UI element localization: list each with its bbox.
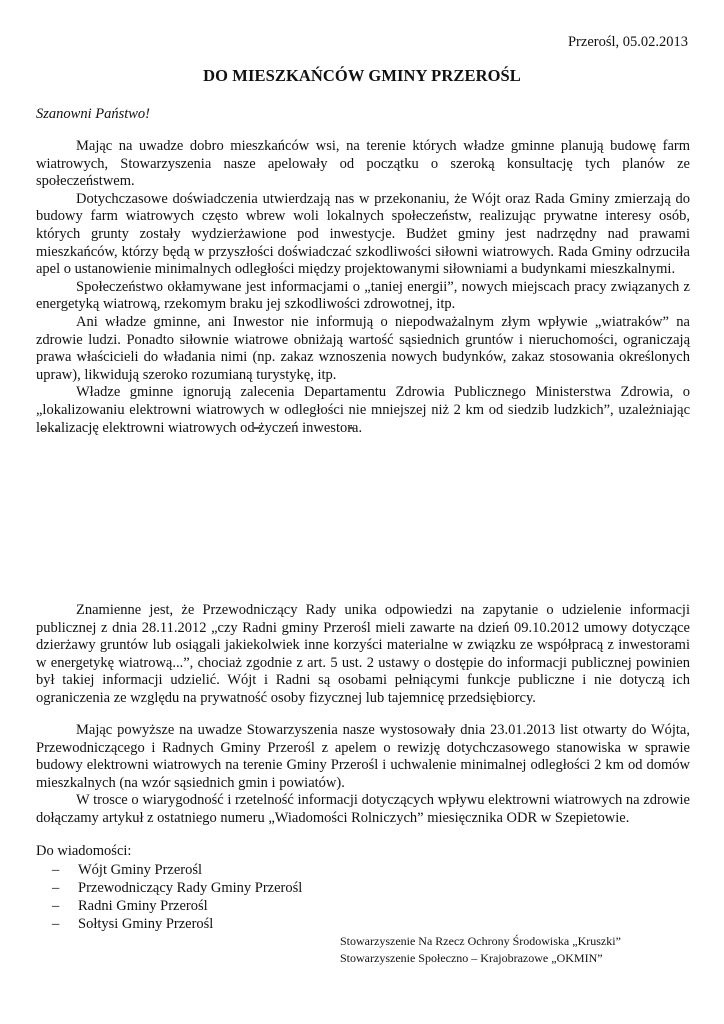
residue-mark: [254, 427, 260, 429]
dash-bullet-icon: –: [52, 861, 78, 879]
paragraph: Mając powyższe na uwadze Stowarzyszenia …: [36, 722, 690, 792]
body-section-middle: Znamienne jest, że Przewodniczący Rady u…: [36, 602, 690, 708]
dash-bullet-icon: –: [52, 915, 78, 933]
clipped-text-residue: [36, 426, 690, 432]
place-date: Przerośl, 05.02.2013: [568, 34, 688, 51]
paragraph: Ani władze gminne, ani Inwestor nie info…: [36, 314, 690, 384]
body-section-top: Mając na uwadze dobro mieszkańców wsi, n…: [36, 138, 690, 437]
signature-line: Stowarzyszenie Na Rzecz Ochrony Środowis…: [340, 933, 621, 950]
signature-line: Stowarzyszenie Społeczno – Krajobrazowe …: [340, 950, 621, 967]
cc-label: Do wiadomości:: [36, 843, 131, 860]
residue-mark: [42, 428, 45, 430]
document-title: DO MIESZKAŃCÓW GMINY PRZEROŚL: [0, 66, 724, 86]
body-section-bottom: Mając powyższe na uwadze Stowarzyszenia …: [36, 722, 690, 828]
paragraph: Mając na uwadze dobro mieszkańców wsi, n…: [36, 138, 690, 191]
paragraph: Społeczeństwo okłamywane jest informacja…: [36, 279, 690, 314]
cc-item: –Radni Gminy Przerośl: [52, 897, 302, 915]
cc-item: –Wójt Gminy Przerośl: [52, 861, 302, 879]
paragraph: Dotychczasowe doświadczenia utwierdzają …: [36, 191, 690, 279]
paragraph: Znamienne jest, że Przewodniczący Rady u…: [36, 602, 690, 708]
residue-mark: [348, 427, 354, 429]
paragraph: W trosce o wiarygodność i rzetelność inf…: [36, 792, 690, 827]
cc-item: –Sołtysi Gminy Przerośl: [52, 915, 302, 933]
residue-mark: [56, 429, 58, 431]
dash-bullet-icon: –: [52, 879, 78, 897]
signatures: Stowarzyszenie Na Rzecz Ochrony Środowis…: [340, 933, 621, 966]
salutation: Szanowni Państwo!: [36, 106, 150, 123]
cc-list: –Wójt Gminy Przerośl –Przewodniczący Rad…: [52, 861, 302, 933]
cc-item: –Przewodniczący Rady Gminy Przerośl: [52, 879, 302, 897]
dash-bullet-icon: –: [52, 897, 78, 915]
